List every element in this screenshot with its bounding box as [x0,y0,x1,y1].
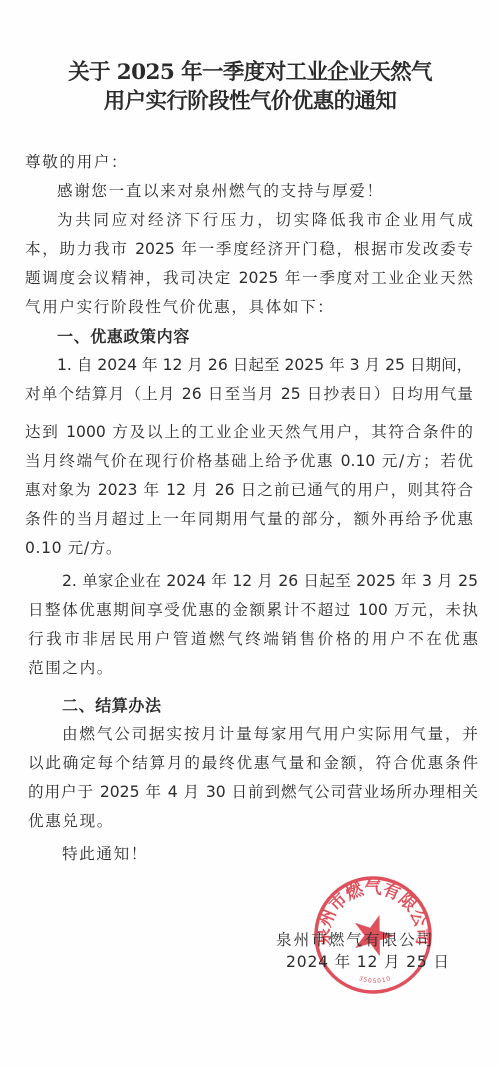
section-2-line: 优惠兑现。 [28,809,114,831]
item-1-line: 0.10 元/方。 [25,536,122,558]
thanks-paragraph: 感谢您一直以来对泉州燃气的支持与厚爱！ [57,179,384,201]
section-2-heading: 二、结算办法 [62,693,162,716]
item-2-line: 行我市非居民用户管道燃气终端销售价格的用户不在优惠 [28,627,478,649]
signature-company: 泉州市燃气有限公司 [276,928,434,950]
item-2-line: 2. 单家企业在 2024 年 12 月 26 日起至 2025 年 3 月 2… [62,569,478,591]
notice-title-line-2: 用户实行阶段性气价优惠的通知 [0,84,500,115]
item-2-line: 范围之内。 [28,656,114,678]
section-2-line: 的用户于 2025 年 4 月 30 日前到燃气公司营业场所办理相关 [28,780,478,802]
notice-page: 关于 2025 年一季度对工业企业天然气 用户实行阶段性气价优惠的通知 尊敬的用… [0,0,500,1067]
item-1-line: 当月终端气价在现行价格基础上给予优惠 0.10 元/方；若优 [25,449,473,471]
item-1-line: 1. 自 2024 年 12 月 26 日起至 2025 年 3 月 25 日期… [57,353,465,375]
item-2-line: 日整体优惠期间享受优惠的金额累计不超过 100 万元，未执 [28,598,478,620]
closing-text: 特此通知！ [62,842,148,864]
section-2-line: 由燃气公司据实按月计量每家用气用户实际用气量，并 [62,722,478,744]
purpose-line: 为共同应对经济下行压力，切实降低我市企业用气成 [57,208,473,230]
salutation: 尊敬的用户： [25,150,128,172]
item-1-line: 条件的当月超过上一年同期用气量的部分，额外再给予优惠 [25,507,473,529]
item-1-line: 惠对象为 2023 年 12 月 26 日之前已通气的用户，则其符合 [25,478,473,500]
purpose-line: 本，助力我市 2025 年一季度经济开门稳，根据市发改委专 [25,237,473,259]
item-1-line: 对单个结算月（上月 26 日至当月 25 日抄表日）日均用气量 [25,382,473,404]
notice-title-line-1: 关于 2025 年一季度对工业企业天然气 [0,55,500,86]
item-1-line: 达到 1000 方及以上的工业企业天然气用户，其符合条件的 [25,420,473,442]
svg-text:3505010: 3505010 [358,975,392,985]
purpose-line: 气用户实行阶段性气价优惠，具体如下： [25,295,335,317]
purpose-line: 题调度会议精神，我司决定 2025 年一季度对工业企业天然 [25,266,473,288]
section-2-line: 以此确定每个结算月的最终优惠气量和金额，符合优惠条件 [28,751,478,773]
signature-date: 2024 年 12 月 25 日 [286,950,450,972]
section-1-heading: 一、优惠政策内容 [57,324,190,347]
